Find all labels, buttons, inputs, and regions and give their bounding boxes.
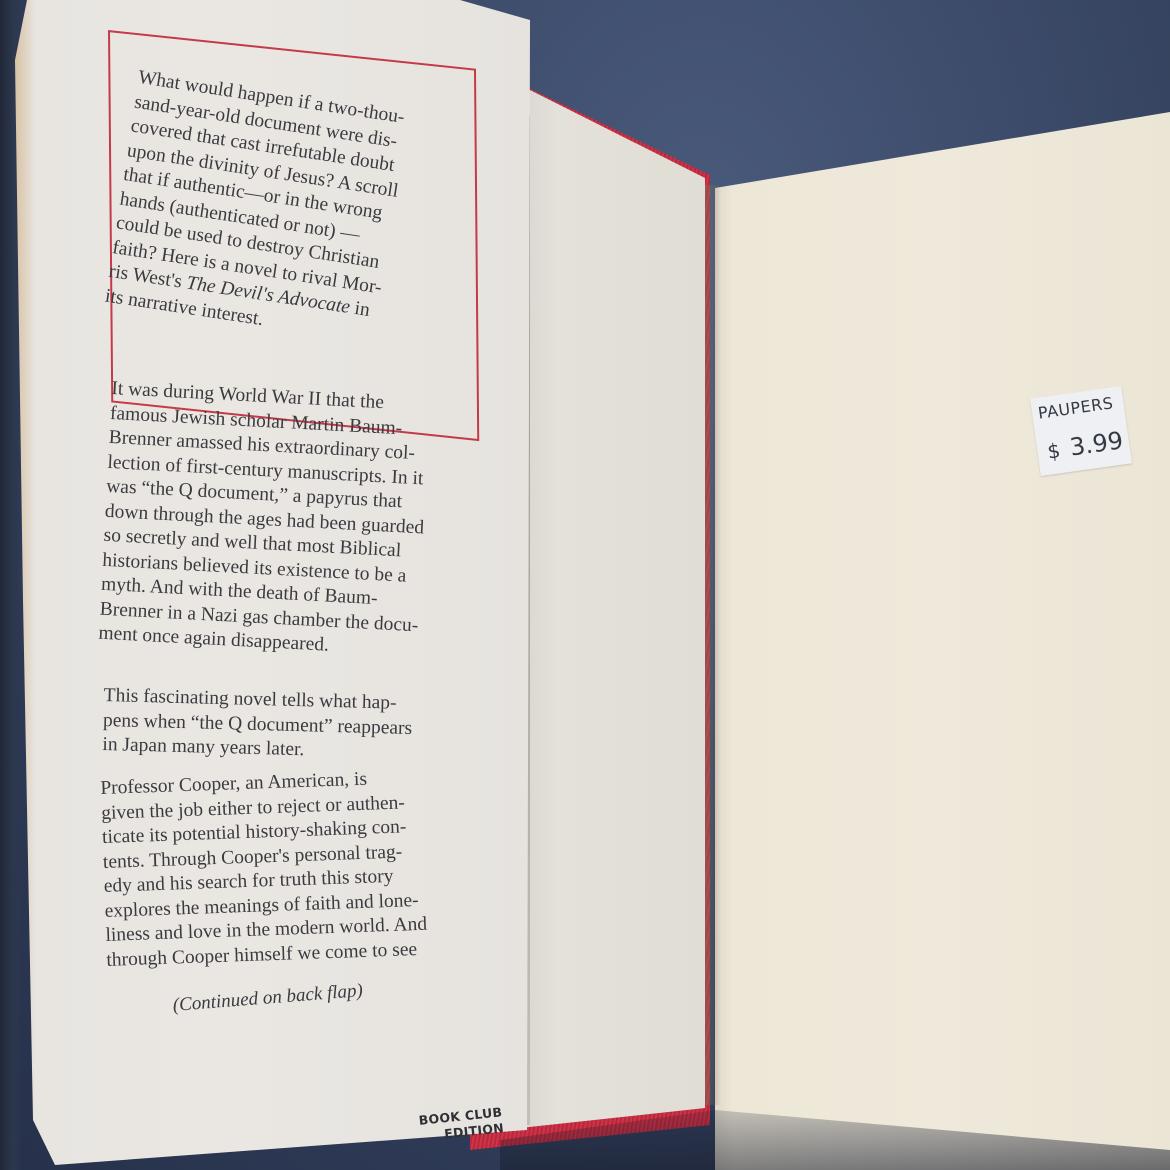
sticker-store-name: PAUPERS [1037,393,1115,422]
currency-symbol: $ [1046,438,1062,464]
book-photo: PAUPERS $ 3.99 What would happen if a tw… [0,0,1170,1170]
endpaper [520,0,705,1150]
page-gutter-shadow [705,185,721,1105]
dust-jacket-flap [15,0,530,1165]
price-value: 3.99 [1068,426,1125,461]
flyleaf-page [705,0,1170,1170]
sticker-price: $ 3.99 [1045,426,1124,464]
price-sticker: PAUPERS $ 3.99 [1030,386,1132,476]
